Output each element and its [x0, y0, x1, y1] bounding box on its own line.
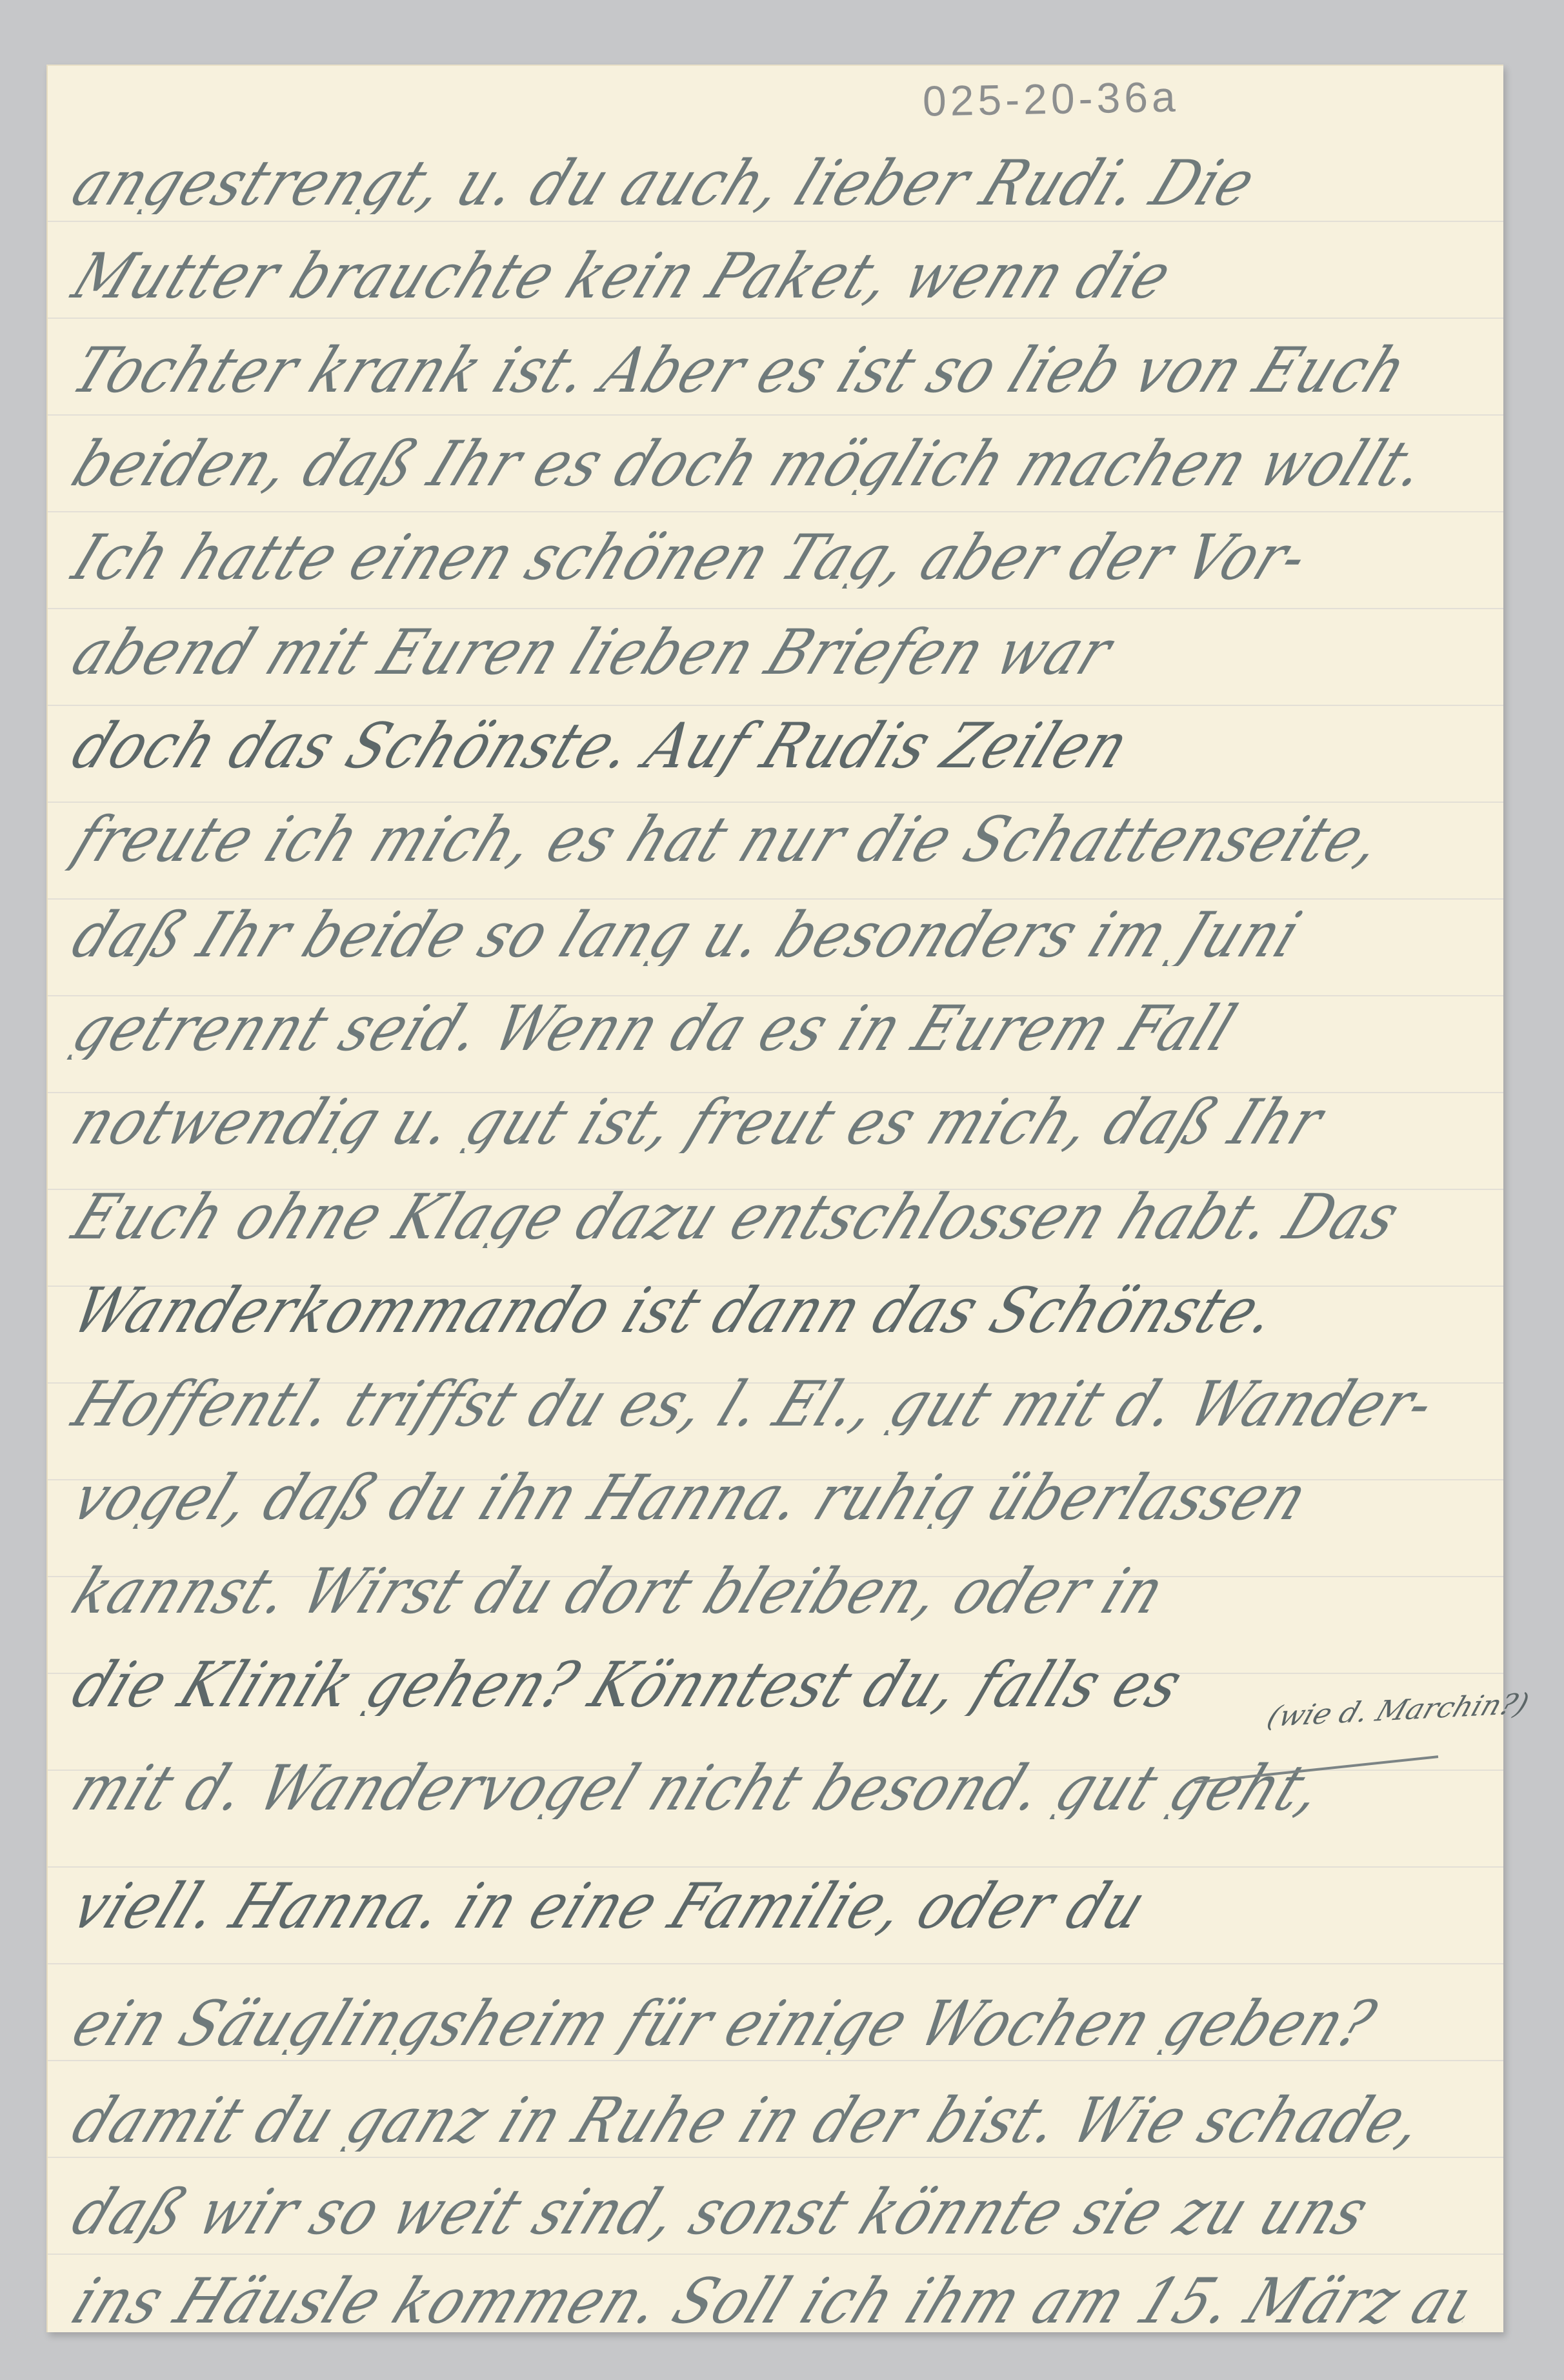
handwritten-line: abend mit Euren lieben Briefen war [65, 621, 1483, 683]
handwritten-line: doch das Schönste. Auf Rudis Zeilen [65, 714, 1483, 777]
handwritten-line: ins Häusle kommen. Soll ich ihm am 15. M… [65, 2270, 1483, 2332]
handwritten-line: angestrengt, u. du auch, lieber Rudi. Di… [65, 152, 1483, 214]
handwritten-line: Euch ohne Klage dazu entschlossen habt. … [65, 1185, 1483, 1248]
handwritten-line: ein Säuglingsheim für einige Wochen gebe… [65, 1992, 1483, 2055]
handwritten-line: mit d. Wandervogel nicht besond. gut geh… [65, 1757, 1483, 1819]
handwritten-line: daß Ihr beide so lang u. besonders im Ju… [65, 903, 1483, 966]
handwritten-text: angestrengt, u. du auch, lieber Rudi. Di… [0, 0, 1564, 2380]
handwritten-line: notwendig u. gut ist, freut es mich, daß… [65, 1091, 1483, 1153]
handwritten-line: Mutter brauchte kein Paket, wenn die [65, 245, 1483, 307]
handwritten-line: vogel, daß du ihn Hanna. ruhig überlasse… [65, 1466, 1483, 1529]
handwritten-line: daß wir so weit sind, sonst könnte sie z… [65, 2181, 1483, 2243]
handwritten-line: Wanderkommando ist dann das Schönste. [65, 1279, 1483, 1342]
handwritten-line: viell. Hanna. in eine Familie, oder du [65, 1875, 1483, 1937]
handwritten-line: freute ich mich, es hat nur die Schatten… [65, 808, 1483, 871]
handwritten-line: Ich hatte einen schönen Tag, aber der Vo… [65, 526, 1483, 589]
handwritten-line: Tochter krank ist. Aber es ist so lieb v… [65, 339, 1483, 401]
handwritten-line: Hoffentl. triffst du es, l. El., gut mit… [65, 1373, 1483, 1435]
handwritten-line: kannst. Wirst du dort bleiben, oder in [65, 1560, 1483, 1622]
handwritten-line: getrennt seid. Wenn da es in Eurem Fall [65, 997, 1483, 1060]
handwritten-line: die Klinik gehen? Könntest du, falls es [65, 1653, 1483, 1716]
handwritten-line: beiden, daß Ihr es doch möglich machen w… [65, 432, 1483, 495]
handwritten-line: damit du ganz in Ruhe in der bist. Wie s… [65, 2089, 1483, 2152]
